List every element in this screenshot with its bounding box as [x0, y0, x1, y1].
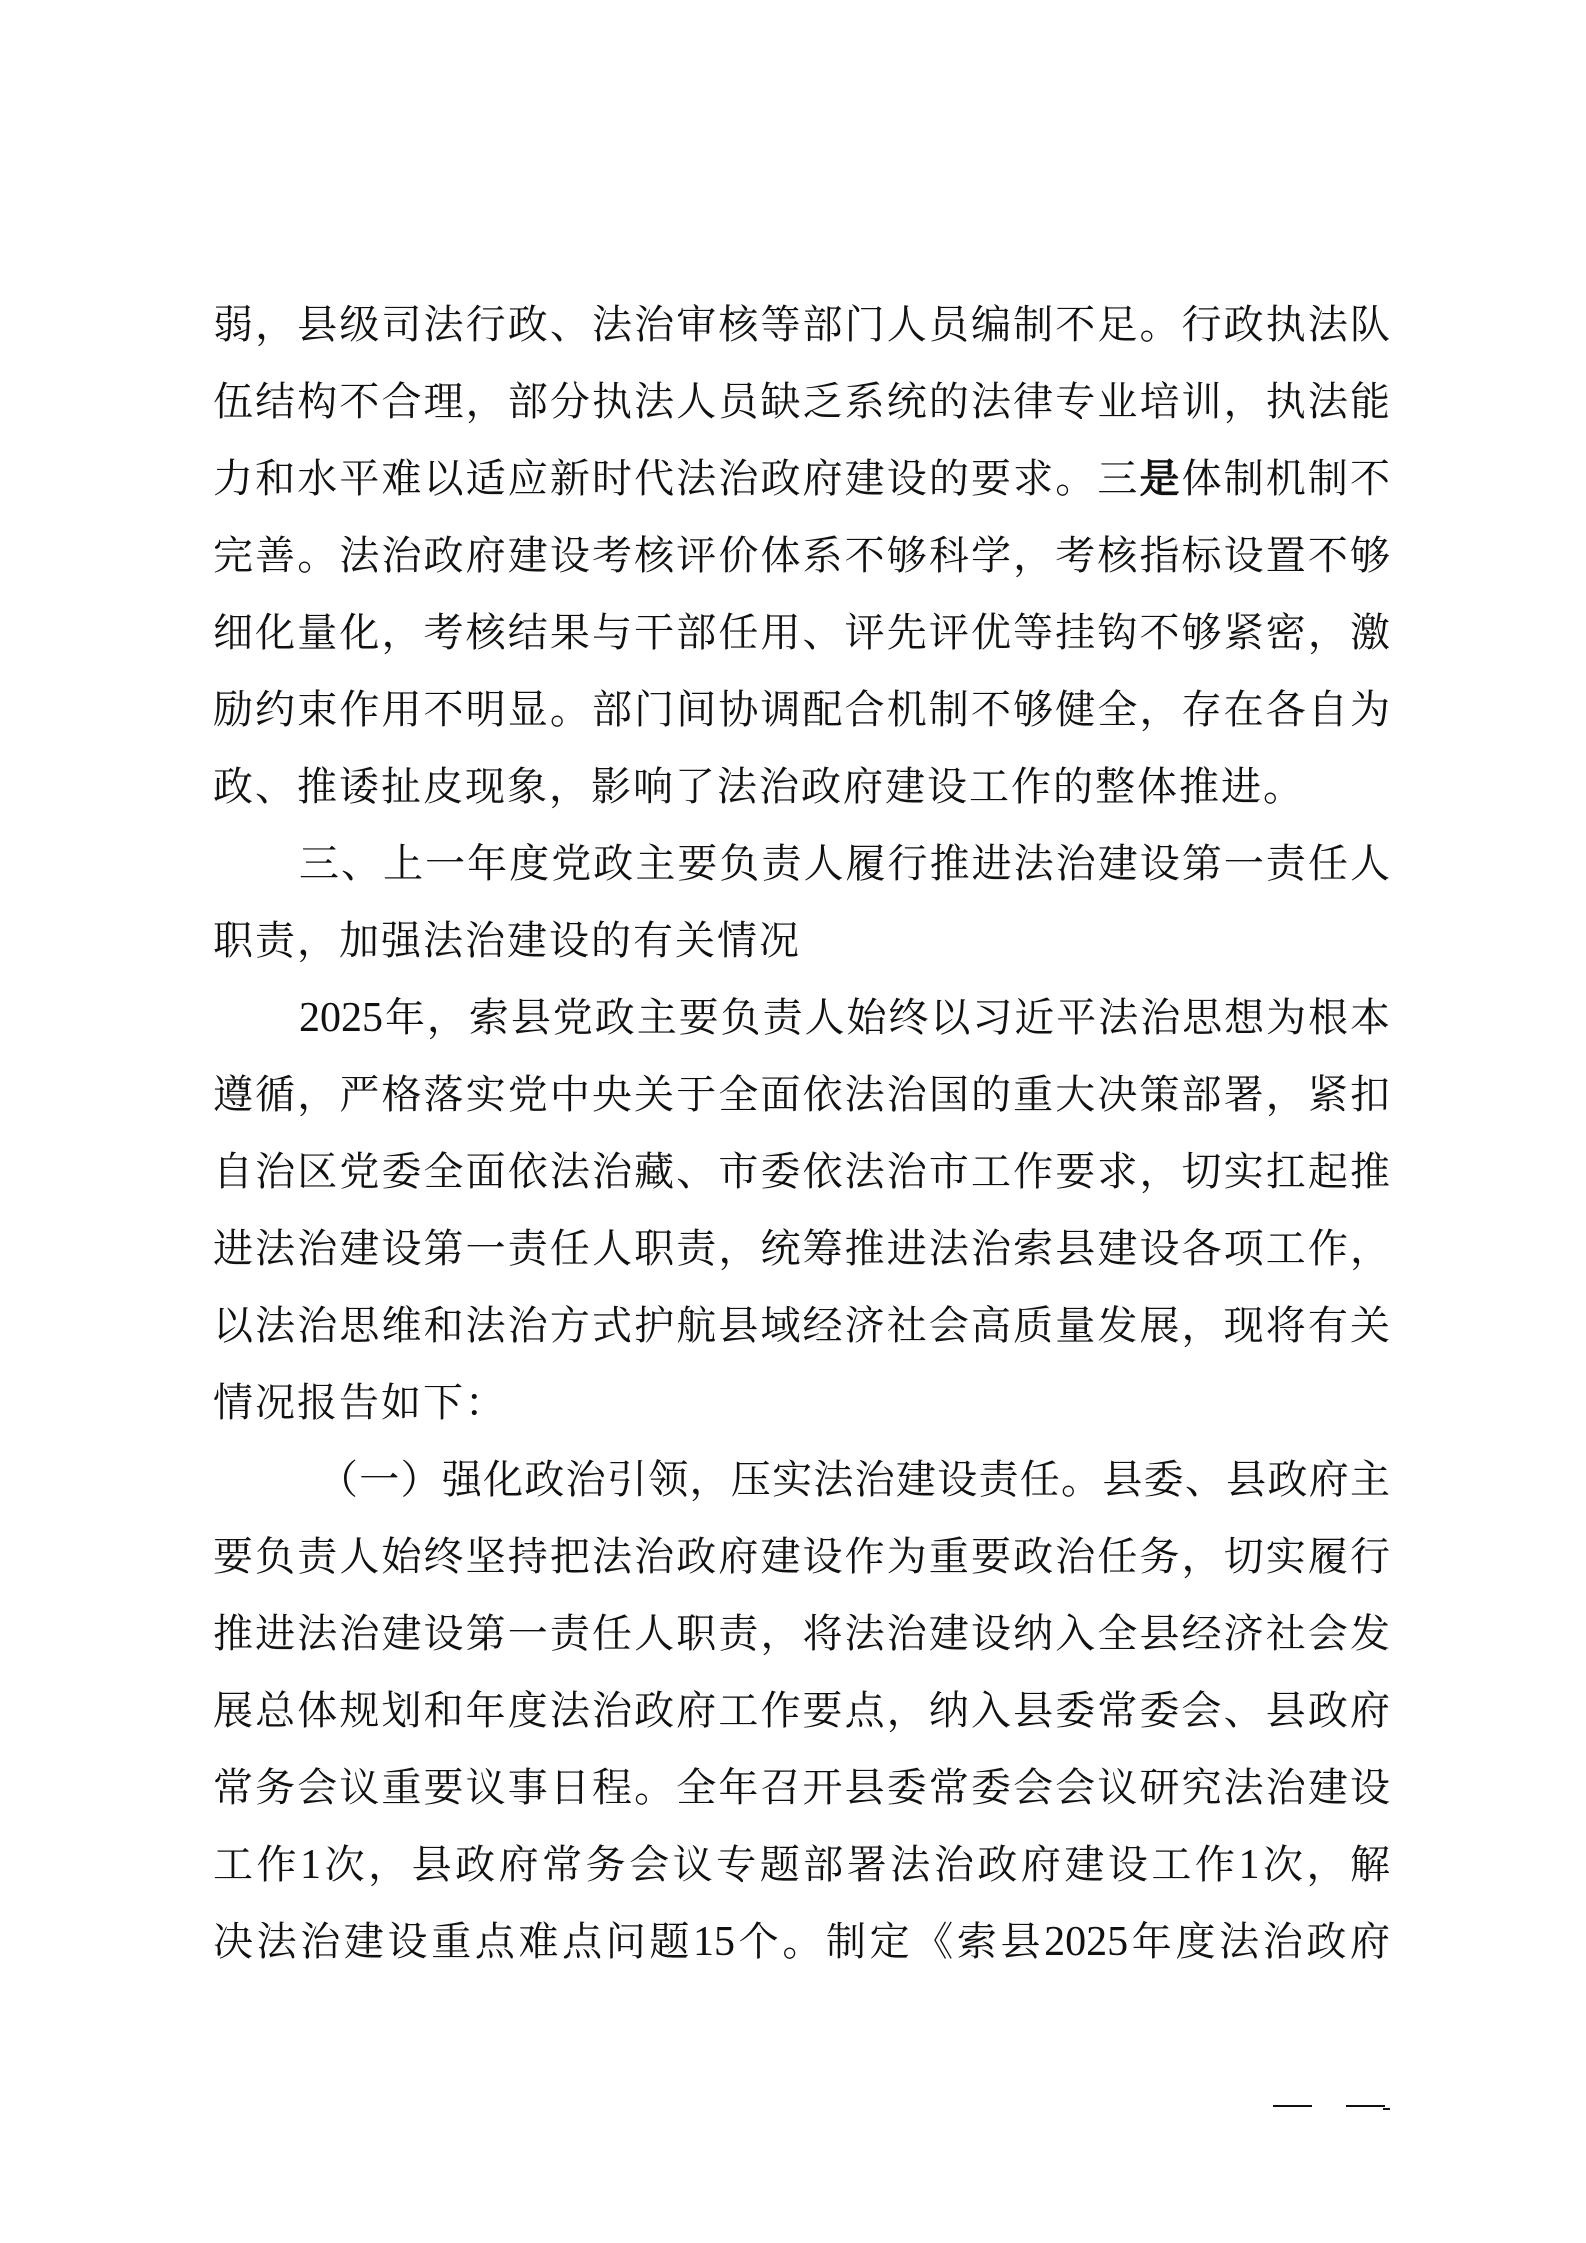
text-line-6: 励约束作用不明显。部门间协调配合机制不够健全，存在各自为	[213, 680, 1390, 740]
year-number: 2025	[1044, 1919, 1128, 1965]
text-segment: 决法治建设重点难点问题	[213, 1919, 693, 1965]
text-line-2: 伍结构不合理，部分执法人员缺乏系统的法律专业培训，执法能	[213, 372, 1390, 432]
text-segment: 工作	[213, 1842, 300, 1888]
text-line-21: 工作1次，县政府常务会议专题部署法治政府建设工作1次，解	[213, 1835, 1390, 1895]
text-line-10: 2025年，索县党政主要负责人始终以习近平法治思想为根本	[299, 988, 1390, 1048]
text-segment: 次，县政府常务会议专题部署法治政府建设工作	[321, 1842, 1238, 1888]
text-line-1: 弱，县级司法行政、法治审核等部门人员编制不足。行政执法队	[213, 295, 1390, 355]
text-line-18: 推进法治建设第一责任人职责，将法治建设纳入全县经济社会发	[213, 1604, 1390, 1664]
text-segment: 年，索县党政主要负责人始终以习近平法治思想为根本	[383, 995, 1390, 1041]
text-line-15: 情况报告如下：	[213, 1373, 1390, 1433]
subsection-heading-line: （一）强化政治引领，压实法治建设责任。县委、县政府主	[318, 1450, 1390, 1510]
text-line-13: 进法治建设第一责任人职责，统筹推进法治索县建设各项工作，	[213, 1219, 1390, 1279]
text-line-11: 遵循，严格落实党中央关于全面依法治国的重大决策部署，紧扣	[213, 1065, 1390, 1125]
page-number-footer	[1270, 2096, 1400, 2116]
text-line-5: 细化量化，考核结果与干部任用、评先评优等挂钩不够紧密，激	[213, 603, 1390, 663]
count-number: 1	[1238, 1842, 1259, 1888]
year-number: 2025	[299, 995, 383, 1041]
footer-dash-left	[1273, 2105, 1312, 2107]
text-segment: 年度法治政府	[1128, 1919, 1390, 1965]
text-line-4: 完善。法治政府建设考核评价体系不够科学，考核指标设置不够	[213, 526, 1390, 586]
text-segment: 力和水平难以适应新时代法治政府建设的要求。三	[213, 456, 1139, 502]
text-line-7: 政、推诿扯皮现象，影响了法治政府建设工作的整体推进。	[213, 757, 1390, 817]
text-line-14: 以法治思维和法治方式护航县域经济社会高质量发展，现将有关	[213, 1296, 1390, 1356]
document-page: 弱，县级司法行政、法治审核等部门人员编制不足。行政执法队 伍结构不合理，部分执法…	[0, 0, 1586, 2243]
text-line-20: 常务会议重要议事日程。全年召开县委常委会会议研究法治建设	[213, 1758, 1390, 1818]
text-line-3: 力和水平难以适应新时代法治政府建设的要求。三是体制机制不	[213, 449, 1390, 509]
text-line-12: 自治区党委全面依法治藏、市委依法治市工作要求，切实扛起推	[213, 1142, 1390, 1202]
text-line-22: 决法治建设重点难点问题15个。制定《索县2025年度法治政府	[213, 1912, 1390, 1972]
text-line-17: 要负责人始终坚持把法治政府建设作为重要政治任务，切实履行	[213, 1527, 1390, 1587]
footer-dash-right	[1346, 2105, 1385, 2107]
text-segment: 体制机制不	[1182, 456, 1390, 502]
section-heading-line-2: 职责，加强法治建设的有关情况	[213, 911, 1390, 971]
footer-dash-tail	[1383, 2108, 1390, 2110]
section-heading-line-1: 三、上一年度党政主要负责人履行推进法治建设第一责任人	[299, 834, 1390, 894]
bold-emphasis: 是	[1139, 456, 1181, 502]
text-segment: 个。制定《索县	[735, 1919, 1044, 1965]
text-segment: 次，解	[1259, 1842, 1390, 1888]
text-line-19: 展总体规划和年度法治政府工作要点，纳入县委常委会、县政府	[213, 1681, 1390, 1741]
count-number: 1	[300, 1842, 321, 1888]
count-number: 15	[693, 1919, 735, 1965]
